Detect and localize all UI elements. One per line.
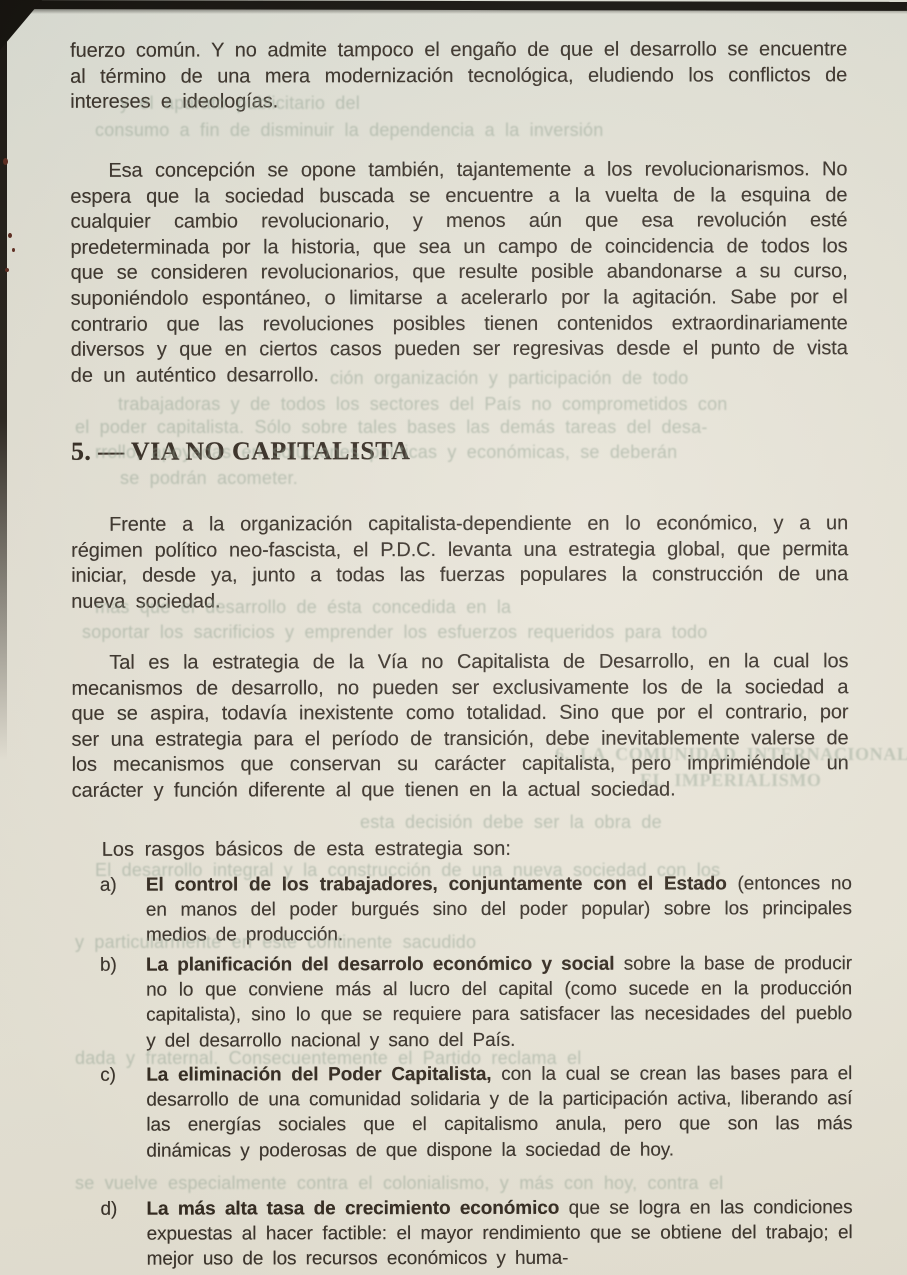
bleedthrough-text: se podrán acometer. [120, 468, 298, 489]
paper-speck [12, 248, 15, 252]
bleedthrough-text: EL IMPERIALISMO [640, 770, 822, 791]
bleedthrough-text: consumo a fin de disminuir la dependenci… [95, 120, 603, 141]
scanned-page: y el aparato publicitario del consumo a … [0, 0, 907, 1275]
paper-speck [8, 233, 12, 238]
bleedthrough-text: dada y fraternal. Consecuentemente el Pa… [75, 1048, 581, 1069]
scan-edge-top-shadow [0, 9, 907, 14]
list-item-d: d) La más alta tasa de crecimiento econó… [101, 1195, 853, 1272]
bleedthrough-text: esta decisión debe ser la obra de [360, 812, 662, 833]
list-item-text: La más alta tasa de crecimiento económic… [147, 1195, 853, 1272]
bleedthrough-text: más que el desarrollo de ésta concedida … [95, 597, 511, 618]
list-intro: Los rasgos básicos de esta estrategia so… [102, 838, 511, 862]
bleedthrough-text: 6. LA COMUNIDAD INTERNACIONAL Y A LA [555, 744, 907, 765]
paragraph-revolutionarisms: Esa concepción se opone también, tajante… [70, 157, 847, 389]
bleedthrough-text: el poder capitalista. Sólo sobre tales b… [75, 417, 708, 438]
bleedthrough-text: El desarrollo integral y la construcción… [95, 860, 720, 881]
bleedthrough-text: y el aparato publicitario del [120, 93, 360, 114]
list-item-c: c) La eliminación del Poder Capitalista,… [100, 1061, 852, 1163]
bleedthrough-text: rrollo, apoyadas en soluciones políticas… [95, 442, 677, 463]
bleedthrough-text: se vuelve especialmente contra el coloni… [75, 1173, 723, 1194]
bleedthrough-text: y particularmente en este continente sac… [75, 932, 476, 953]
bleedthrough-text: trabajadoras y de todos los sectores del… [118, 394, 728, 415]
paper-speck [3, 158, 8, 165]
scan-edge-left [0, 0, 7, 760]
list-item-label: d) [101, 1197, 147, 1222]
list-item-b: b) La planificación del desarrolo económ… [100, 951, 852, 1053]
bleedthrough-text: soportar los sacrificios y emprender los… [82, 622, 707, 643]
list-item-label: b) [100, 953, 146, 978]
list-item-text: La planificación del desarrolo económico… [146, 951, 852, 1053]
list-item-text: La eliminación del Poder Capitalista, co… [146, 1061, 852, 1163]
paper-speck [5, 268, 9, 272]
bleedthrough-text: ción organización y participación de tod… [330, 368, 688, 389]
